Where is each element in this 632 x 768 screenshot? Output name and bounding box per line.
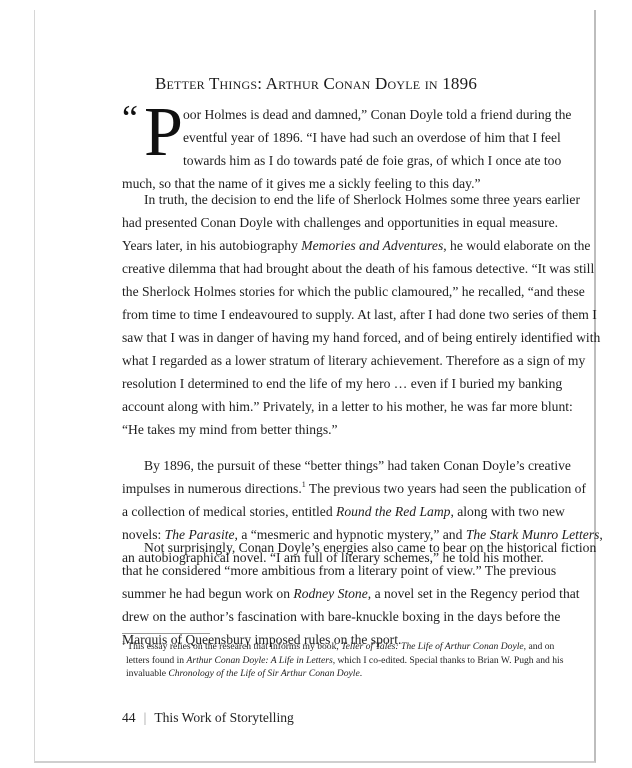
opening-line: eventful year of 1896. “I have had such … bbox=[183, 126, 561, 149]
text-line: Years later, in his autobiography Memori… bbox=[122, 234, 535, 257]
page-footer: 44|This Work of Storytelling bbox=[122, 710, 294, 726]
text-run: impulses in numerous directions. bbox=[122, 481, 302, 496]
text-line: account along with him.” Privately, in a… bbox=[122, 395, 535, 418]
footer-separator: | bbox=[144, 710, 147, 725]
italic-title: Teller of Tales: The Life of Arthur Cona… bbox=[341, 641, 523, 652]
drop-cap: “ P bbox=[122, 100, 182, 166]
italic-title: Arthur Conan Doyle: A Life in Letters bbox=[186, 655, 332, 666]
text-run: resolution I determined to end the life … bbox=[122, 376, 562, 391]
text-run: By 1896, the pursuit of these “better th… bbox=[144, 458, 571, 473]
text-line: resolution I determined to end the life … bbox=[122, 372, 535, 395]
chapter-title: Better Things: Arthur Conan Doyle in 189… bbox=[0, 74, 632, 94]
text-run: summer he had begun work on bbox=[122, 586, 293, 601]
text-run: . bbox=[360, 668, 362, 679]
italic-title: Memories and Adventures bbox=[301, 238, 443, 253]
text-run: that he considered “more ambitious from … bbox=[122, 563, 556, 578]
running-title: This Work of Storytelling bbox=[154, 710, 294, 725]
text-run: letters found in bbox=[126, 655, 186, 666]
text-line: Not surprisingly, Conan Doyle’s energies… bbox=[122, 536, 535, 559]
text-run: , which I co-edited. Special thanks to B… bbox=[333, 655, 564, 666]
text-run: This essay relies on the research that i… bbox=[127, 641, 341, 652]
text-run: , and on bbox=[524, 641, 555, 652]
text-run: , along with two new bbox=[450, 504, 564, 519]
text-line: that he considered “more ambitious from … bbox=[122, 559, 535, 582]
page-number: 44 bbox=[122, 710, 136, 725]
text-line: “He takes my mind from better things.” bbox=[122, 418, 535, 441]
text-run: account along with him.” Privately, in a… bbox=[122, 399, 573, 414]
text-line: from time to time I endeavoured to suppl… bbox=[122, 303, 535, 326]
text-run: , he would elaborate on the bbox=[443, 238, 590, 253]
footnote-line: invaluable Chronology of the Life of Sir… bbox=[122, 667, 542, 681]
text-run: what I regarded as a lower stratum of li… bbox=[122, 353, 585, 368]
text-run: had presented Conan Doyle with challenge… bbox=[122, 215, 558, 230]
text-run: “He takes my mind from better things.” bbox=[122, 422, 338, 437]
italic-title: Rodney Stone bbox=[293, 586, 367, 601]
text-line: creative dilemma that had brought about … bbox=[122, 257, 535, 280]
opening-line: towards him as I do towards paté de foie… bbox=[183, 149, 561, 172]
footnote-marker: 1 bbox=[122, 641, 125, 647]
text-line: By 1896, the pursuit of these “better th… bbox=[122, 454, 535, 477]
paragraph-1: In truth, the decision to end the life o… bbox=[122, 188, 535, 441]
text-run: from time to time I endeavoured to suppl… bbox=[122, 307, 597, 322]
text-run: a collection of medical stories, entitle… bbox=[122, 504, 336, 519]
drop-cap-letter: P bbox=[144, 98, 183, 168]
text-line: the Sherlock Holmes stories for which th… bbox=[122, 280, 535, 303]
text-run: Years later, in his autobiography bbox=[122, 238, 301, 253]
text-run: saw that I was in danger of having my ha… bbox=[122, 330, 600, 345]
footnote: 1 This essay relies on the research that… bbox=[122, 640, 542, 681]
text-line: summer he had begun work on Rodney Stone… bbox=[122, 582, 535, 605]
text-run: drew on the author’s fascination with ba… bbox=[122, 609, 560, 624]
footnote-line: 1 This essay relies on the research that… bbox=[122, 640, 542, 654]
text-run: creative dilemma that had brought about … bbox=[122, 261, 594, 276]
text-run: Not surprisingly, Conan Doyle’s energies… bbox=[144, 540, 596, 555]
text-run: invaluable bbox=[126, 668, 168, 679]
text-line: In truth, the decision to end the life o… bbox=[122, 188, 535, 211]
text-line: what I regarded as a lower stratum of li… bbox=[122, 349, 535, 372]
text-run: The previous two years had seen the publ… bbox=[306, 481, 586, 496]
text-line: a collection of medical stories, entitle… bbox=[122, 500, 535, 523]
text-run: , a novel set in the Regency period that bbox=[368, 586, 580, 601]
text-run: In truth, the decision to end the life o… bbox=[144, 192, 580, 207]
text-line: saw that I was in danger of having my ha… bbox=[122, 326, 535, 349]
text-line: had presented Conan Doyle with challenge… bbox=[122, 211, 535, 234]
italic-title: Chronology of the Life of Sir Arthur Con… bbox=[168, 668, 359, 679]
opening-line: oor Holmes is dead and damned,” Conan Do… bbox=[183, 103, 571, 126]
text-run: , bbox=[599, 527, 602, 542]
footnote-line: letters found in Arthur Conan Doyle: A L… bbox=[122, 654, 542, 668]
italic-title: Round the Red Lamp bbox=[336, 504, 450, 519]
footnote-divider bbox=[122, 633, 210, 634]
text-line: drew on the author’s fascination with ba… bbox=[122, 605, 535, 628]
drop-cap-quote-mark: “ bbox=[122, 100, 138, 136]
text-run: the Sherlock Holmes stories for which th… bbox=[122, 284, 585, 299]
text-line: impulses in numerous directions.1 The pr… bbox=[122, 477, 535, 500]
